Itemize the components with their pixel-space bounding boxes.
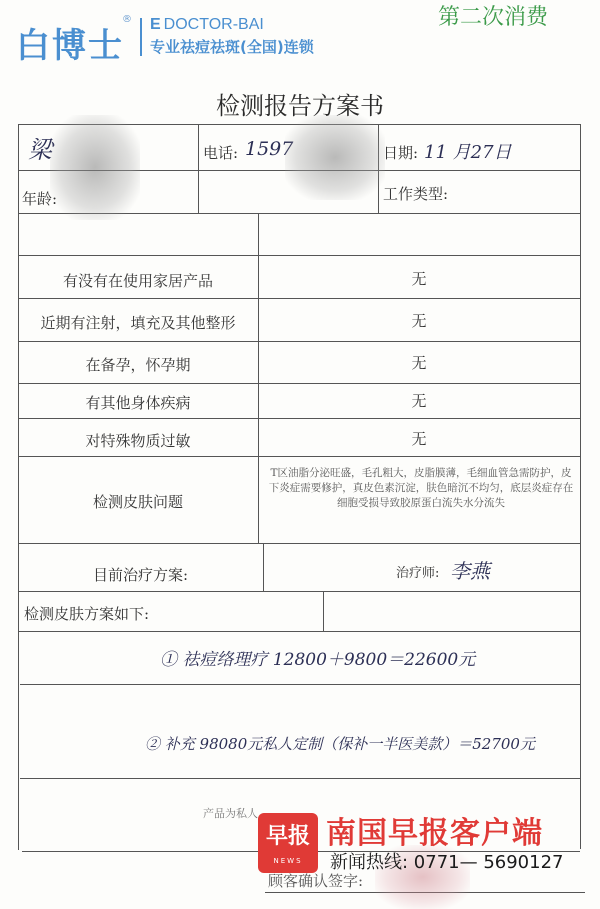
divider <box>18 456 580 457</box>
phone-label: 电话: <box>203 142 238 163</box>
question-answer: 无 <box>258 428 580 449</box>
divider <box>18 591 580 592</box>
date-label: 日期: <box>383 142 418 163</box>
question-label: 有没有在使用家居产品 <box>18 270 258 291</box>
divider <box>18 631 580 632</box>
question-label: 在备孕，怀孕期 <box>18 354 258 375</box>
divider <box>18 298 580 299</box>
divider <box>18 341 580 342</box>
therapist-label: 治疗师: <box>396 562 439 581</box>
question-label: 近期有注射，填充及其他整形 <box>18 312 258 333</box>
newspaper-logo-text: 早报 <box>258 819 318 850</box>
plan-item-2: ② 补充 98080元私人定制（保补一半医美款）＝52700元 <box>145 733 535 754</box>
privacy-blur <box>285 115 385 200</box>
treatment-label: 目前治疗方案: <box>18 564 263 585</box>
therapist-name: 李燕 <box>450 555 490 584</box>
table-border-left <box>18 124 19 850</box>
age-label: 年龄: <box>22 188 57 209</box>
question-answer: 无 <box>258 310 580 331</box>
question-answer: 无 <box>258 352 580 373</box>
question-label: 对特殊物质过敏 <box>18 430 258 451</box>
skin-problem-label: 检测皮肤问题 <box>18 491 258 512</box>
divider <box>18 383 580 384</box>
news-hotline: 新闻热线: 0771— 5690127 <box>330 848 563 874</box>
job-type-label: 工作类型: <box>383 183 448 204</box>
brand-slogan: 专业祛痘祛斑(全国)连锁 <box>150 36 314 57</box>
plan-label: 检测皮肤方案如下: <box>24 603 149 624</box>
divider <box>18 543 580 544</box>
plan-item-1: ① 祛痘络理疗 12800＋9800＝22600元 <box>160 645 475 670</box>
question-label: 有其他身体疾病 <box>18 392 258 413</box>
privacy-blur <box>50 115 140 220</box>
skin-findings: T区油脂分泌旺盛，毛孔粗大，皮脂膜薄，毛细血管急需防护，皮下炎症需要修护，真皮色… <box>266 466 576 511</box>
registered-mark: ® <box>122 14 132 25</box>
divider <box>258 213 259 543</box>
brand-english-text: DOCTOR-BAI <box>164 16 264 33</box>
divider <box>323 591 324 631</box>
question-answer: 无 <box>258 268 580 289</box>
newspaper-logo-icon: 早报 NEWS <box>258 813 318 873</box>
divider <box>263 543 264 591</box>
question-answer: 无 <box>258 390 580 411</box>
brand-english: EDOCTOR-BAI <box>150 16 264 34</box>
customer-name: 梁 <box>28 130 52 165</box>
divider <box>198 124 199 213</box>
newspaper-logo-sub: NEWS <box>258 857 318 865</box>
consumption-annotation: 第二次消费 <box>438 0 548 31</box>
logo-divider <box>140 18 142 56</box>
divider <box>20 684 580 685</box>
brand-mark-icon: E <box>150 16 161 33</box>
newspaper-name: 南国早报客户端 <box>326 808 543 852</box>
brand-logo: 白博士 <box>16 18 124 67</box>
date-value: 11 月27日 <box>424 138 512 164</box>
table-border-right <box>580 124 581 849</box>
divider <box>18 418 580 419</box>
divider <box>20 778 580 779</box>
divider <box>18 255 580 256</box>
